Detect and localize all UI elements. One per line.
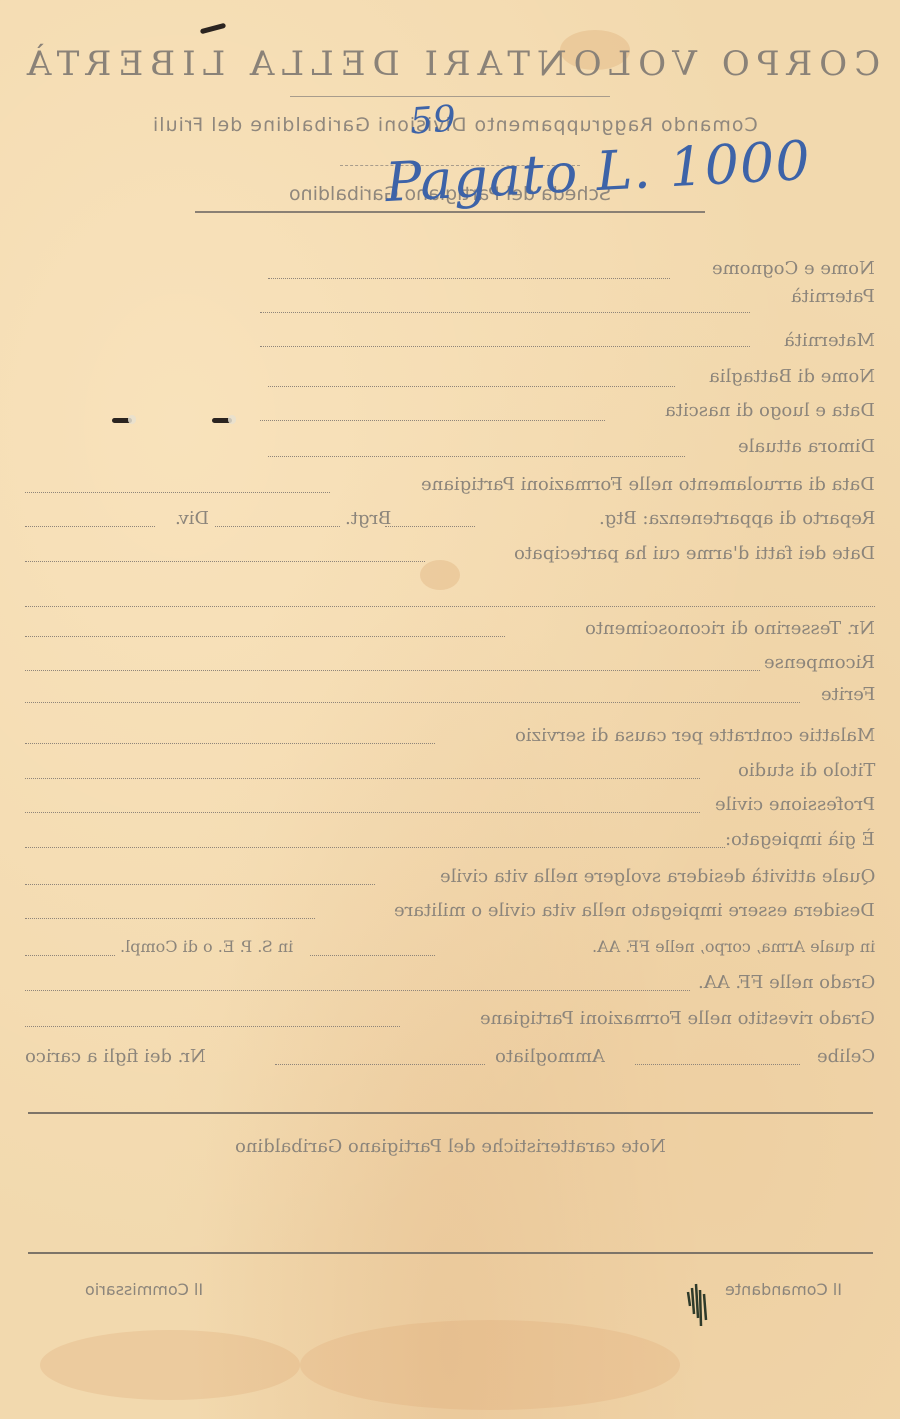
field-label: Malattie contratte per causa di servizio [515,725,875,746]
fill-line[interactable] [25,847,725,848]
staple-icon [112,418,132,423]
field-data-arruolamento[interactable]: Data di arruolamento nelle Formazioni Pa… [25,474,875,500]
signature-scribble-icon [668,1280,718,1330]
notes-top-rule [28,1112,873,1114]
paper-stain [300,1320,680,1410]
field-paternita[interactable]: Paternità [260,286,875,312]
fill-line[interactable] [25,670,760,671]
title-divider [290,96,610,97]
field-label: Professione civile [715,794,875,815]
figli-label: Nr. dei figli a carico [25,1046,206,1067]
fill-line[interactable] [25,955,115,956]
paper-stain [40,1330,300,1400]
field-malattie[interactable]: Malattie contratte per causa di servizio [25,725,875,751]
fill-line[interactable] [385,526,475,527]
field-label: Celibe [817,1046,875,1067]
field-nome-battaglia[interactable]: Nome di Battaglia [260,366,875,392]
fill-line[interactable] [25,884,375,885]
fill-line[interactable] [275,1064,485,1065]
field-label: Grado nelle FF. AA. [698,972,875,993]
staple-icon [212,418,232,423]
field-label: Nr. Tesserino di riconoscimento [585,618,875,639]
field-data-nascita[interactable]: Data e luogo di nascita [260,400,875,426]
fill-line[interactable] [25,1026,400,1027]
fill-line[interactable] [25,526,155,527]
field-label: Quale attività desidera svolgere nella v… [440,866,875,887]
signature-comandante: Il Comandante [725,1280,842,1299]
notes-bottom-rule [28,1252,873,1254]
notes-heading-text: Note caratteristiche del Partigiano Gari… [235,1136,666,1157]
field-impiego-civile-militare[interactable]: Desidera essere impiegato nella vita civ… [25,900,875,926]
field-grado-ffaa[interactable]: Grado nelle FF. AA. [25,972,875,998]
field-label: Grado rivestito nelle Formazioni Partigi… [480,1008,875,1029]
section-underline [195,211,705,213]
field-label: È già impiegato: [725,829,875,850]
fill-line[interactable] [215,526,340,527]
field-label: Data e luogo di nascita [665,400,875,421]
field-label: in quale Arma, corpo, nelle FF. AA. [592,937,875,956]
field-fatti-arme[interactable]: Date dei fatti d'arme cui ha partecipato [25,543,875,569]
field-attivita-civile[interactable]: Quale attività desidera svolgere nella v… [25,866,875,892]
field-label: Nome di Battaglia [709,366,875,387]
fill-line[interactable] [25,743,435,744]
field-label: Ricompense [764,652,875,673]
field-nome-cognome[interactable]: Nome e Cognome [260,258,875,284]
field-reparto[interactable]: Div. Brgt. Reparto di appartenenza: Btg. [25,508,875,534]
comandante-label: Il Comandante [725,1280,842,1299]
field-label: Desidera essere impiegato nella vita civ… [394,900,875,921]
field-label: Nome e Cognome [712,258,875,279]
spe-label: in S. P. E. o di Compl. [120,937,293,956]
notes-heading: Note caratteristiche del Partigiano Gari… [185,1136,715,1157]
handwritten-paid-note: Pagato L. 1000 [384,129,813,214]
field-maternita[interactable]: Maternità [260,330,875,356]
title-text: CORPO VOLONTARI DELLA LIBERTÀ [20,44,880,84]
document-title: CORPO VOLONTARI DELLA LIBERTÀ [0,44,900,84]
field-label: Maternità [784,330,875,351]
document-page: CORPO VOLONTARI DELLA LIBERTÀ Comando Ra… [0,0,900,1419]
field-label: Reparto di appartenenza: Btg. [599,508,875,529]
field-professione[interactable]: Professione civile [25,794,875,820]
fill-line[interactable] [25,636,505,637]
field-label: Date dei fatti d'arme cui ha partecipato [514,543,875,564]
fill-line[interactable] [25,492,330,493]
field-titolo-studio[interactable]: Titolo di studio [25,760,875,786]
ammogliato-label: Ammogliato [495,1046,605,1067]
field-dimora[interactable]: Dimora attuale [260,436,875,462]
fill-line[interactable] [25,990,690,991]
field-stato-civile[interactable]: Nr. dei figli a carico Ammogliato Celibe [25,1046,875,1072]
fill-line[interactable] [260,346,750,347]
fill-line[interactable] [25,606,875,607]
fill-line[interactable] [25,702,800,703]
field-label: Ferite [821,684,875,705]
field-label: Paternità [791,286,875,307]
fill-line[interactable] [260,420,605,421]
staple-mark [200,23,226,35]
fill-line[interactable] [635,1064,800,1065]
fill-line[interactable] [268,386,675,387]
field-ferite[interactable]: Ferite [25,684,875,710]
field-tesserino[interactable]: Nr. Tesserino di riconoscimento [25,618,875,644]
field-ricompense[interactable]: Ricompense [25,652,875,678]
field-label: Titolo di studio [738,760,875,781]
fill-line[interactable] [25,812,700,813]
commissario-label: Il Commissario [85,1280,203,1299]
fill-line[interactable] [268,456,685,457]
fill-line[interactable] [310,955,435,956]
fill-line[interactable] [25,561,425,562]
field-grado-partigiano[interactable]: Grado rivestito nelle Formazioni Partigi… [25,1008,875,1034]
field-label: Data di arruolamento nelle Formazioni Pa… [421,474,875,495]
fill-line[interactable] [25,778,700,779]
fill-line[interactable] [268,278,670,279]
signature-commissario: Il Commissario [85,1280,203,1299]
fill-line[interactable] [260,312,750,313]
div-label: Div. [175,508,209,529]
field-arma-corpo[interactable]: in S. P. E. o di Compl. in quale Arma, c… [25,937,875,963]
field-gia-impiegato[interactable]: È già impiegato: [25,829,875,855]
field-fatti-arme-cont[interactable] [25,588,875,614]
field-label: Dimora attuale [738,436,875,457]
handwritten-number: 59 [409,98,458,142]
fill-line[interactable] [25,918,315,919]
